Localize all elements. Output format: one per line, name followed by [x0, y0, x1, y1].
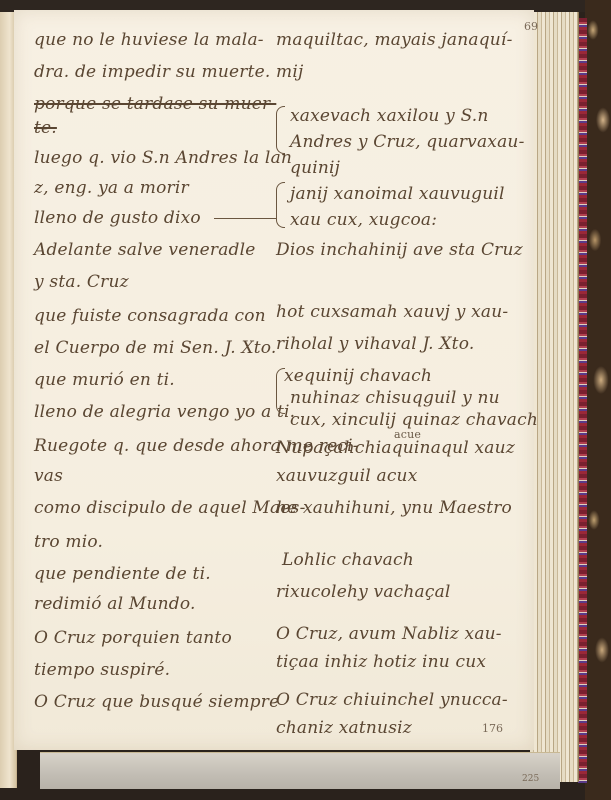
folio-number-top: 69 [524, 20, 538, 33]
archive-stamp-number: 225 [522, 774, 539, 784]
right-line-12: nuhinaz chisuqguil y nu [290, 388, 500, 408]
right-line-21: tiçaa inhiz hotiz inu cux [276, 652, 486, 672]
right-line-5: quinij [290, 158, 340, 178]
right-line-23: chaniz xatnusiz [276, 718, 412, 738]
left-line-11: el Cuerpo de mi Sen. J. Xto. [34, 338, 277, 358]
right-line-7: xau cux, xugcoa: [290, 210, 437, 230]
connector-line [214, 218, 276, 219]
left-line-12: que murió en ti. [34, 370, 175, 390]
right-line-13: cux, xinculij quinaz chavach [290, 410, 538, 430]
right-line-11: xequinij chavach [284, 366, 432, 386]
marbled-cover [585, 0, 611, 800]
left-line-16: como discipulo de aquel Maes- [34, 498, 306, 518]
left-line-8: Adelante salve veneradle [34, 240, 256, 260]
left-line-9: y sta. Cruz [34, 272, 129, 292]
folio-number-bottom: 176 [482, 722, 503, 735]
right-line-17: he xauhihuni, ynu Maestro [276, 498, 512, 518]
margin-brace-1 [276, 106, 285, 154]
right-line-8: Dios inchahinij ave sta Cruz [276, 240, 523, 260]
left-line-2: dra. de impedir su muerte. [34, 62, 270, 82]
left-line-4-struck: te. [34, 118, 57, 138]
left-line-21: tiempo suspiré. [34, 660, 170, 680]
left-line-10: que fuiste consagrada con [34, 306, 266, 326]
left-line-7: lleno de gusto dixo [34, 208, 201, 228]
left-line-18: que pendiente de ti. [34, 564, 211, 584]
left-line-19: redimió al Mundo. [34, 594, 196, 614]
right-line-10: riholal y vihaval J. Xto. [276, 334, 474, 354]
margin-brace-2 [276, 182, 285, 228]
right-line-16: xauvuzguil acux [276, 466, 417, 486]
right-line-4: Andres y Cruz, quarvaxau- [290, 132, 525, 152]
left-line-13: lleno de alegria vengo yo a ti. [34, 402, 295, 422]
left-line-15: vas [34, 466, 63, 486]
left-line-17: tro mio. [34, 532, 103, 552]
right-line-1: maquiltac, mayais janaquí- [276, 30, 513, 50]
left-line-20: O Cruz porquien tanto [34, 628, 232, 648]
right-line-15: Nupaçahchiaquinaqul xauz [276, 438, 515, 458]
left-line-3-struck: porque se tardase su muer- [34, 94, 276, 114]
page-underlay [40, 752, 560, 789]
right-line-9: hot cuxsamah xauvj y xau- [276, 302, 508, 322]
right-line-3: xaxevach xaxilou y S.n [290, 106, 489, 126]
left-line-5: luego q. vio S.n Andres la lan [34, 148, 292, 168]
manuscript-page: 69 que no le huviese la mala- dra. de im… [14, 10, 534, 750]
right-line-18: Lohlic chavach [282, 550, 414, 570]
right-line-6: janij xanoimal xauvuguil [290, 184, 505, 204]
left-line-6: z, eng. ya a morir [34, 178, 189, 198]
left-line-22: O Cruz que busqué siempre [34, 692, 279, 712]
right-line-20: O Cruz, avum Nabliz xau- [276, 624, 502, 644]
left-line-1: que no le huviese la mala- [34, 30, 264, 50]
right-line-19: rixucolehy vachaçal [276, 582, 451, 602]
marbled-page-edge [578, 18, 587, 783]
page-stack-right [530, 12, 579, 782]
right-line-2: mij [276, 62, 303, 82]
right-line-22: O Cruz chiuinchel ynucca- [276, 690, 508, 710]
